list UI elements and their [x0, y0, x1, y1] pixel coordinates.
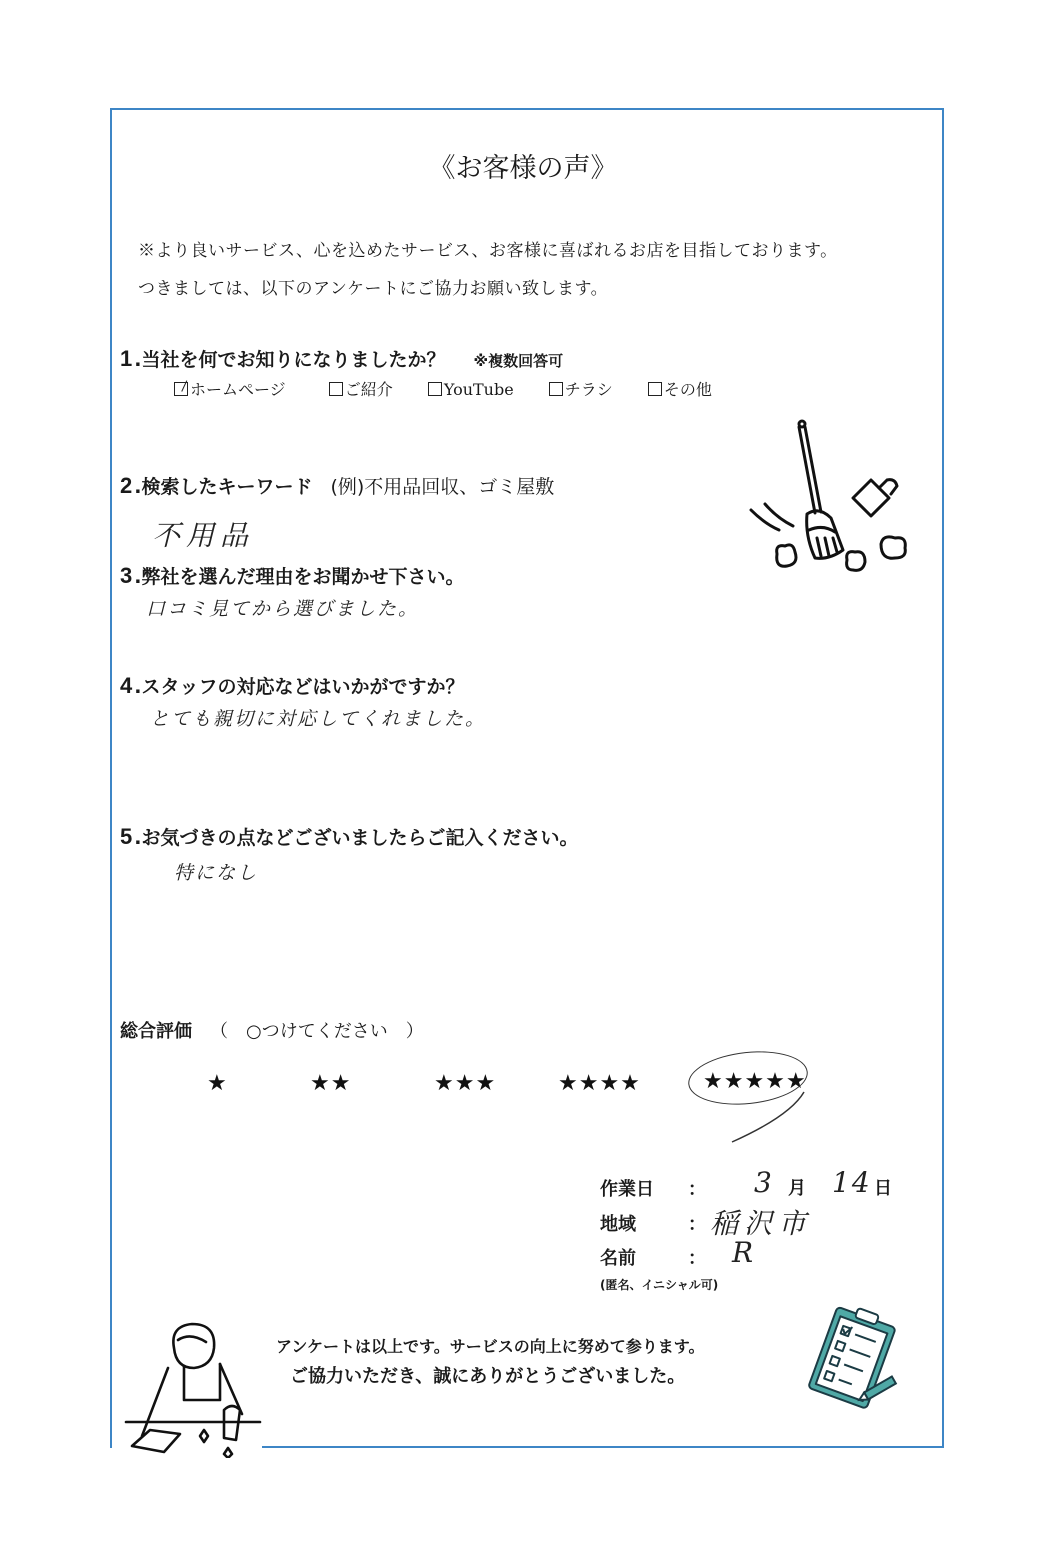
question-2: 2.検索したキーワード(例)不用品回収、ゴミ屋敷 — [120, 472, 554, 499]
option-homepage[interactable]: ホームページ — [174, 377, 286, 400]
question-text: 当社を何でお知りになりましたか？ — [141, 349, 445, 371]
month-unit: 月 — [788, 1174, 806, 1200]
day-unit: 日 — [874, 1174, 892, 1200]
colon: ： — [688, 1244, 706, 1270]
checkbox-checked-icon[interactable] — [174, 382, 188, 396]
footer-line-1: アンケートは以上です。サービスの向上に努めて参ります。 — [276, 1334, 704, 1357]
work-date-day: 14 — [832, 1166, 872, 1199]
multi-answer-note: ※複数回答可 — [473, 352, 563, 370]
work-date-label: 作業日 — [600, 1175, 654, 1201]
form-frame — [110, 108, 944, 1448]
rating-option-2[interactable]: ★★ — [310, 1071, 351, 1096]
question-number: 1 — [120, 346, 132, 371]
rating-heading: 総合評価（ ○つけてください ） — [120, 1017, 424, 1043]
option-youtube[interactable]: YouTube — [428, 380, 514, 399]
colon: ： — [688, 1210, 706, 1236]
rating-option-3[interactable]: ★★★ — [434, 1071, 496, 1096]
work-date-month: 3 — [754, 1166, 778, 1199]
intro-line-2: つきましては、以下のアンケートにご協力お願い致します。 — [138, 274, 608, 299]
colon: ： — [688, 1175, 706, 1201]
region-label: 地域 — [600, 1210, 636, 1236]
answer-2: 不用品 — [152, 514, 254, 554]
question-text: お気づきの点などございましたらご記入ください。 — [141, 827, 578, 849]
question-1: 1.当社を何でお知りになりましたか？※複数回答可 — [120, 345, 563, 372]
source-options: ホームページ ご紹介 YouTube チラシ その他 — [174, 377, 742, 400]
question-3: 3.弊社を選んだ理由をお聞かせ下さい。 — [120, 562, 464, 589]
broom-dustpan-icon — [745, 418, 915, 583]
answer-3: 口コミ見てから選びました。 — [146, 594, 419, 621]
checkbox-icon[interactable] — [428, 382, 442, 396]
clipboard-checklist-icon — [800, 1306, 910, 1416]
page-title: 《お客様の声》 — [0, 146, 1046, 185]
option-other[interactable]: その他 — [648, 377, 712, 400]
question-text: 弊社を選んだ理由をお聞かせ下さい。 — [141, 566, 464, 588]
name-note: (匿名、イニシャル可) — [600, 1276, 718, 1293]
rating-option-4[interactable]: ★★★★ — [558, 1071, 641, 1096]
answer-5: 特になし — [174, 858, 258, 885]
region-value: 稲沢市 — [710, 1202, 812, 1242]
question-text: スタッフの対応などはいかがですか？ — [141, 676, 464, 698]
intro-line-1: ※より良いサービス、心を込めたサービス、お客様に喜ばれるお店を目指しております。 — [138, 236, 838, 261]
question-5: 5.お気づきの点などございましたらご記入ください。 — [120, 823, 578, 850]
cleaning-person-icon — [124, 1318, 264, 1458]
question-text: 検索したキーワード — [141, 476, 312, 498]
rating-label: 総合評価 — [120, 1021, 192, 1042]
option-flyer[interactable]: チラシ — [549, 377, 613, 400]
checkbox-icon[interactable] — [648, 382, 662, 396]
rating-option-1[interactable]: ★ — [207, 1071, 228, 1096]
question-4: 4.スタッフの対応などはいかがですか？ — [120, 672, 464, 699]
rating-instruction: （ ○つけてください ） — [210, 1021, 424, 1042]
name-label: 名前 — [600, 1244, 636, 1270]
footer-line-2: ご協力いただき、誠にありがとうございました。 — [290, 1362, 685, 1388]
circle-tail-stroke — [720, 1090, 810, 1145]
question-example: (例)不用品回収、ゴミ屋敷 — [330, 476, 554, 498]
name-value: R — [732, 1236, 759, 1269]
checkbox-icon[interactable] — [329, 382, 343, 396]
answer-4: とても親切に対応してくれました。 — [150, 704, 486, 731]
option-referral[interactable]: ご紹介 — [329, 377, 393, 400]
checkbox-icon[interactable] — [549, 382, 563, 396]
